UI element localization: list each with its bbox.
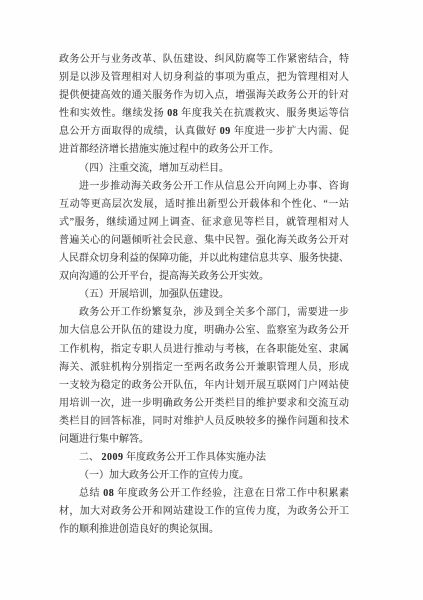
text-line: 双向沟通的公开平台，提高海关政务公开实效。 bbox=[59, 268, 349, 286]
text-line: 问题进行集中解答。 bbox=[59, 431, 349, 449]
text-line: （五）开展培训，加强队伍建设。 bbox=[59, 286, 349, 304]
document-text: 政务公开与业务改革、队伍建设、纠风防腐等工作紧密结合，特别是以涉及管理相对人切身… bbox=[59, 51, 349, 540]
text-line: （一）加大政务公开工作的宣传力度。 bbox=[59, 467, 349, 485]
text-line: 政务公开与业务改革、队伍建设、纠风防腐等工作紧密结合，特 bbox=[59, 51, 349, 69]
text-line: 性和实效性。继续发扬 08 年度我关在抗震救灾、服务奥运等信 bbox=[59, 105, 349, 123]
text-line: 息公开方面取得的成绩，认真做好 09 年度进一步扩大内需、促 bbox=[59, 123, 349, 141]
text-line: 海关、派驻机构分别指定一至两名政务公开兼职管理人员，形成 bbox=[59, 359, 349, 377]
text-line: 提供便捷高效的通关服务作为切入点，增强海关政务公开的针对 bbox=[59, 87, 349, 105]
text-line: 总结 08 年度政务公开工作经验，注意在日常工作中积累素 bbox=[59, 485, 349, 503]
text-line: 作的顺利推进创造良好的舆论氛围。 bbox=[59, 521, 349, 539]
text-line: 人民群众切身利益的保障功能，并以此构建信息共享、服务快捷、 bbox=[59, 250, 349, 268]
scanned-document-page: 政务公开与业务改革、队伍建设、纠风防腐等工作紧密结合，特别是以涉及管理相对人切身… bbox=[0, 0, 423, 600]
text-line: 普遍关心的问题倾听社会民意、集中民智。强化海关政务公开对 bbox=[59, 232, 349, 250]
text-line: 式”服务，继续通过网上调查、征求意见等栏目，就管理相对人 bbox=[59, 214, 349, 232]
text-line: 用培训一次，进一步明确政务公开类栏目的维护要求和交流互动 bbox=[59, 395, 349, 413]
text-line: 类栏目的回答标准，同时对维护人员反映较多的操作问题和技术 bbox=[59, 413, 349, 431]
text-line: 进首都经济增长措施实施过程中的政务公开工作。 bbox=[59, 141, 349, 159]
text-line: 别是以涉及管理相对人切身利益的事项为重点，把为管理相对人 bbox=[59, 69, 349, 87]
text-line: （四）注重交流，增加互动栏目。 bbox=[59, 160, 349, 178]
text-line: 互动等更高层次发展，适时推出新型公开载体和个性化、“一站 bbox=[59, 196, 349, 214]
text-line: 工作机构，指定专职人员进行推动与考核，在各职能处室、隶属 bbox=[59, 341, 349, 359]
text-line: 材，加大对政务公开和网站建设工作的宣传力度，为政务公开工 bbox=[59, 503, 349, 521]
text-line: 一支较为稳定的政务公开队伍，年内计划开展互联网门户网站使 bbox=[59, 377, 349, 395]
text-line: 加大信息公开队伍的建设力度，明确办公室、监察室为政务公开 bbox=[59, 322, 349, 340]
text-line: 进一步推动海关政务公开工作从信息公开向网上办事、咨询 bbox=[59, 178, 349, 196]
text-line: 政务公开工作纷繁复杂，涉及到全关多个部门，需要进一步 bbox=[59, 304, 349, 322]
text-line: 二、 2009 年度政务公开工作具体实施办法 bbox=[59, 449, 349, 467]
